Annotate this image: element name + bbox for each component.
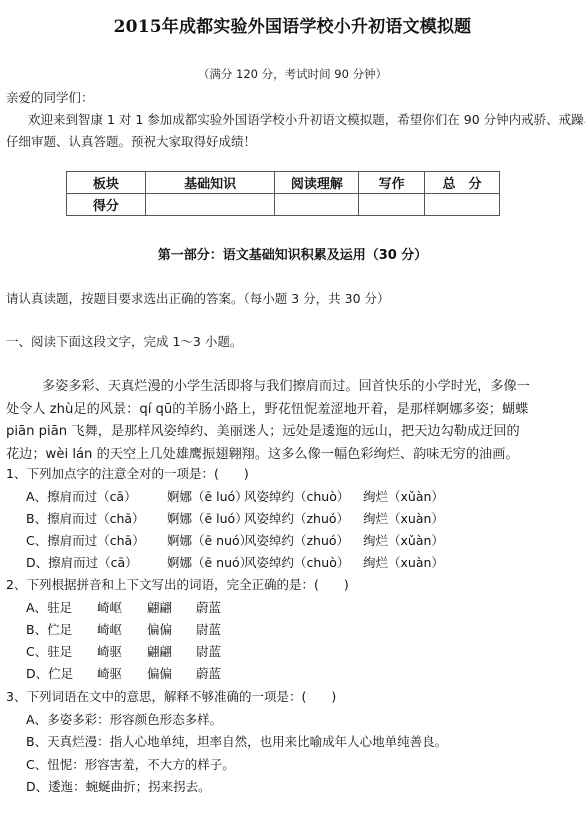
score-cell-total	[425, 194, 500, 216]
header-total: 总 分	[425, 172, 500, 194]
section-title: 第一部分：语文基础知识积累及运用（30 分）	[0, 244, 585, 263]
header-writing: 写作	[359, 172, 425, 194]
option-label: D、	[26, 779, 48, 794]
score-cell-reading	[275, 194, 359, 216]
score-table-header-row: 板块 基础知识 阅读理解 写作 总 分	[67, 172, 500, 194]
question-3-option-c[interactable]: C、忸怩：形容害羞，不大方的样子。	[26, 755, 235, 773]
option-col: 驻足	[47, 600, 72, 615]
option-col: 伫足	[47, 622, 72, 637]
option-col: 伫足	[48, 666, 73, 681]
option-col: 崎驱	[97, 664, 122, 682]
passage-line: 多姿多彩、天真烂漫的小学生活即将与我们擦肩而过。回首快乐的小学时光，多像一	[6, 376, 580, 399]
option-col: 擦肩而过（chā）	[47, 511, 144, 526]
option-col: 风姿绰约（zhuó）	[244, 509, 349, 527]
question-3-option-a[interactable]: A、多姿多彩：形容颜色形态多样。	[26, 710, 222, 728]
option-label: A、	[26, 489, 47, 504]
option-col: 擦肩而过（chā）	[47, 533, 144, 548]
option-col: 蔚蓝	[196, 664, 221, 682]
option-col: 绚烂（xǔàn）	[363, 531, 444, 549]
option-text: 忸怩：形容害羞，不大方的样子。	[47, 757, 235, 772]
option-col: 蔚蓝	[196, 598, 221, 616]
question-1-stem: 1、下列加点字的注意全对的一项是：( )	[6, 464, 249, 482]
option-col: 翩翩	[147, 598, 172, 616]
option-text: 逶迤：蜿蜒曲折；拐来拐去。	[48, 779, 211, 794]
greeting: 亲爱的同学们：	[6, 88, 94, 106]
option-col: 婀娜（ē luó）	[167, 509, 248, 527]
header-basic-knowledge: 基础知识	[145, 172, 275, 194]
option-label: B、	[26, 734, 47, 749]
option-col: 驻足	[47, 644, 72, 659]
option-col: 绚烂（xǔàn）	[363, 487, 444, 505]
option-col: 尉蓝	[196, 620, 221, 638]
option-label: A、	[26, 712, 47, 727]
option-col: 偏偏	[147, 620, 172, 638]
section-instruction: 请认真读题，按题目要求选出正确的答案。（每小题 3 分，共 30 分）	[6, 289, 390, 307]
option-col: 偏偏	[147, 664, 172, 682]
question-1-option-b[interactable]: B、擦肩而过（chā） 婀娜（ē luó） 风姿绰约（zhuó） 绚烂（xuàn…	[26, 509, 566, 527]
reading-passage: 多姿多彩、天真烂漫的小学生活即将与我们擦肩而过。回首快乐的小学时光，多像一 处令…	[6, 376, 580, 466]
option-text: 多姿多彩：形容颜色形态多样。	[47, 712, 222, 727]
page-title: 2015年成都实验外国语学校小升初语文模拟题	[0, 12, 585, 37]
option-col: 婀娜（ē nuó）	[167, 531, 252, 549]
score-cell-writing	[359, 194, 425, 216]
option-col: 擦肩而过（cā）	[48, 555, 138, 570]
option-col: 婀娜（ē luó）	[167, 487, 248, 505]
option-label: C、	[26, 644, 47, 659]
passage-line: piān piān 飞舞，是那样风姿绰约、美丽迷人；远处是逶迤的远山，把天边勾勒…	[6, 421, 580, 444]
question-group-heading: 一、阅读下面这段文字，完成 1～3 小题。	[6, 332, 242, 350]
option-label: D、	[26, 666, 48, 681]
question-2-stem: 2、下列根据拼音和上下文写出的词语，完全正确的是：( )	[6, 575, 349, 593]
option-col: 风姿绰约（chuò）	[244, 553, 349, 571]
score-cell-basic	[145, 194, 275, 216]
option-label: C、	[26, 757, 47, 772]
row-label-score: 得分	[67, 194, 146, 216]
header-reading: 阅读理解	[275, 172, 359, 194]
intro-line-1: 欢迎来到智康 1 对 1 参加成都实验外国语学校小升初语文模拟题，希望你们在 9…	[28, 110, 585, 128]
option-label: A、	[26, 600, 47, 615]
question-1-option-c[interactable]: C、擦肩而过（chā） 婀娜（ē nuó） 风姿绰约（zhuó） 绚烂（xǔàn…	[26, 531, 566, 549]
question-2-option-d[interactable]: D、伫足 崎驱 偏偏 蔚蓝	[26, 664, 266, 682]
score-table-score-row: 得分	[67, 194, 500, 216]
question-1-option-a[interactable]: A、擦肩而过（cā） 婀娜（ē luó） 风姿绰约（chuò） 绚烂（xǔàn）	[26, 487, 566, 505]
option-col: 绚烂（xuàn）	[363, 509, 444, 527]
option-col: 崎驱	[97, 642, 122, 660]
score-table: 板块 基础知识 阅读理解 写作 总 分 得分	[66, 171, 500, 216]
option-col: 风姿绰约（zhuó）	[244, 531, 349, 549]
option-label: D、	[26, 555, 48, 570]
exam-info: （满分 120 分，考试时间 90 分钟）	[0, 66, 585, 82]
question-2-option-b[interactable]: B、伫足 崎岖 偏偏 尉蓝	[26, 620, 266, 638]
question-1-option-d[interactable]: D、擦肩而过（cā） 婀娜（ē nuó） 风姿绰约（chuò） 绚烂（xuàn）	[26, 553, 566, 571]
option-col: 尉蓝	[196, 642, 221, 660]
passage-line: 处令人 zhù足的风景：qí qū的羊肠小路上，野花忸怩羞涩地开着，是那样婀娜多…	[6, 399, 580, 422]
option-col: 崎岖	[97, 620, 122, 638]
header-section: 板块	[67, 172, 146, 194]
question-2-option-a[interactable]: A、驻足 崎岖 翩翩 蔚蓝	[26, 598, 266, 616]
option-label: B、	[26, 622, 47, 637]
question-3-stem: 3、下列词语在文中的意思，解释不够准确的一项是：( )	[6, 687, 336, 705]
question-3-option-b[interactable]: B、天真烂漫：指人心地单纯，坦率自然，也用来比喻成年人心地单纯善良。	[26, 732, 447, 750]
question-2-option-c[interactable]: C、驻足 崎驱 翩翩 尉蓝	[26, 642, 266, 660]
intro-line-2: 仔细审题、认真答题。预祝大家取得好成绩！	[6, 132, 256, 150]
option-col: 风姿绰约（chuò）	[244, 487, 349, 505]
passage-line: 花边；wèi lán 的天空上几处雄鹰振翅翱翔。这多么像一幅色彩绚烂、韵味无穷的…	[6, 444, 580, 467]
option-text: 天真烂漫：指人心地单纯，坦率自然，也用来比喻成年人心地单纯善良。	[47, 734, 447, 749]
option-col: 擦肩而过（cā）	[47, 489, 137, 504]
option-col: 绚烂（xuàn）	[363, 553, 444, 571]
option-label: B、	[26, 511, 47, 526]
question-3-option-d[interactable]: D、逶迤：蜿蜒曲折；拐来拐去。	[26, 777, 211, 795]
option-col: 婀娜（ē nuó）	[167, 553, 252, 571]
option-col: 翩翩	[147, 642, 172, 660]
option-label: C、	[26, 533, 47, 548]
option-col: 崎岖	[97, 598, 122, 616]
